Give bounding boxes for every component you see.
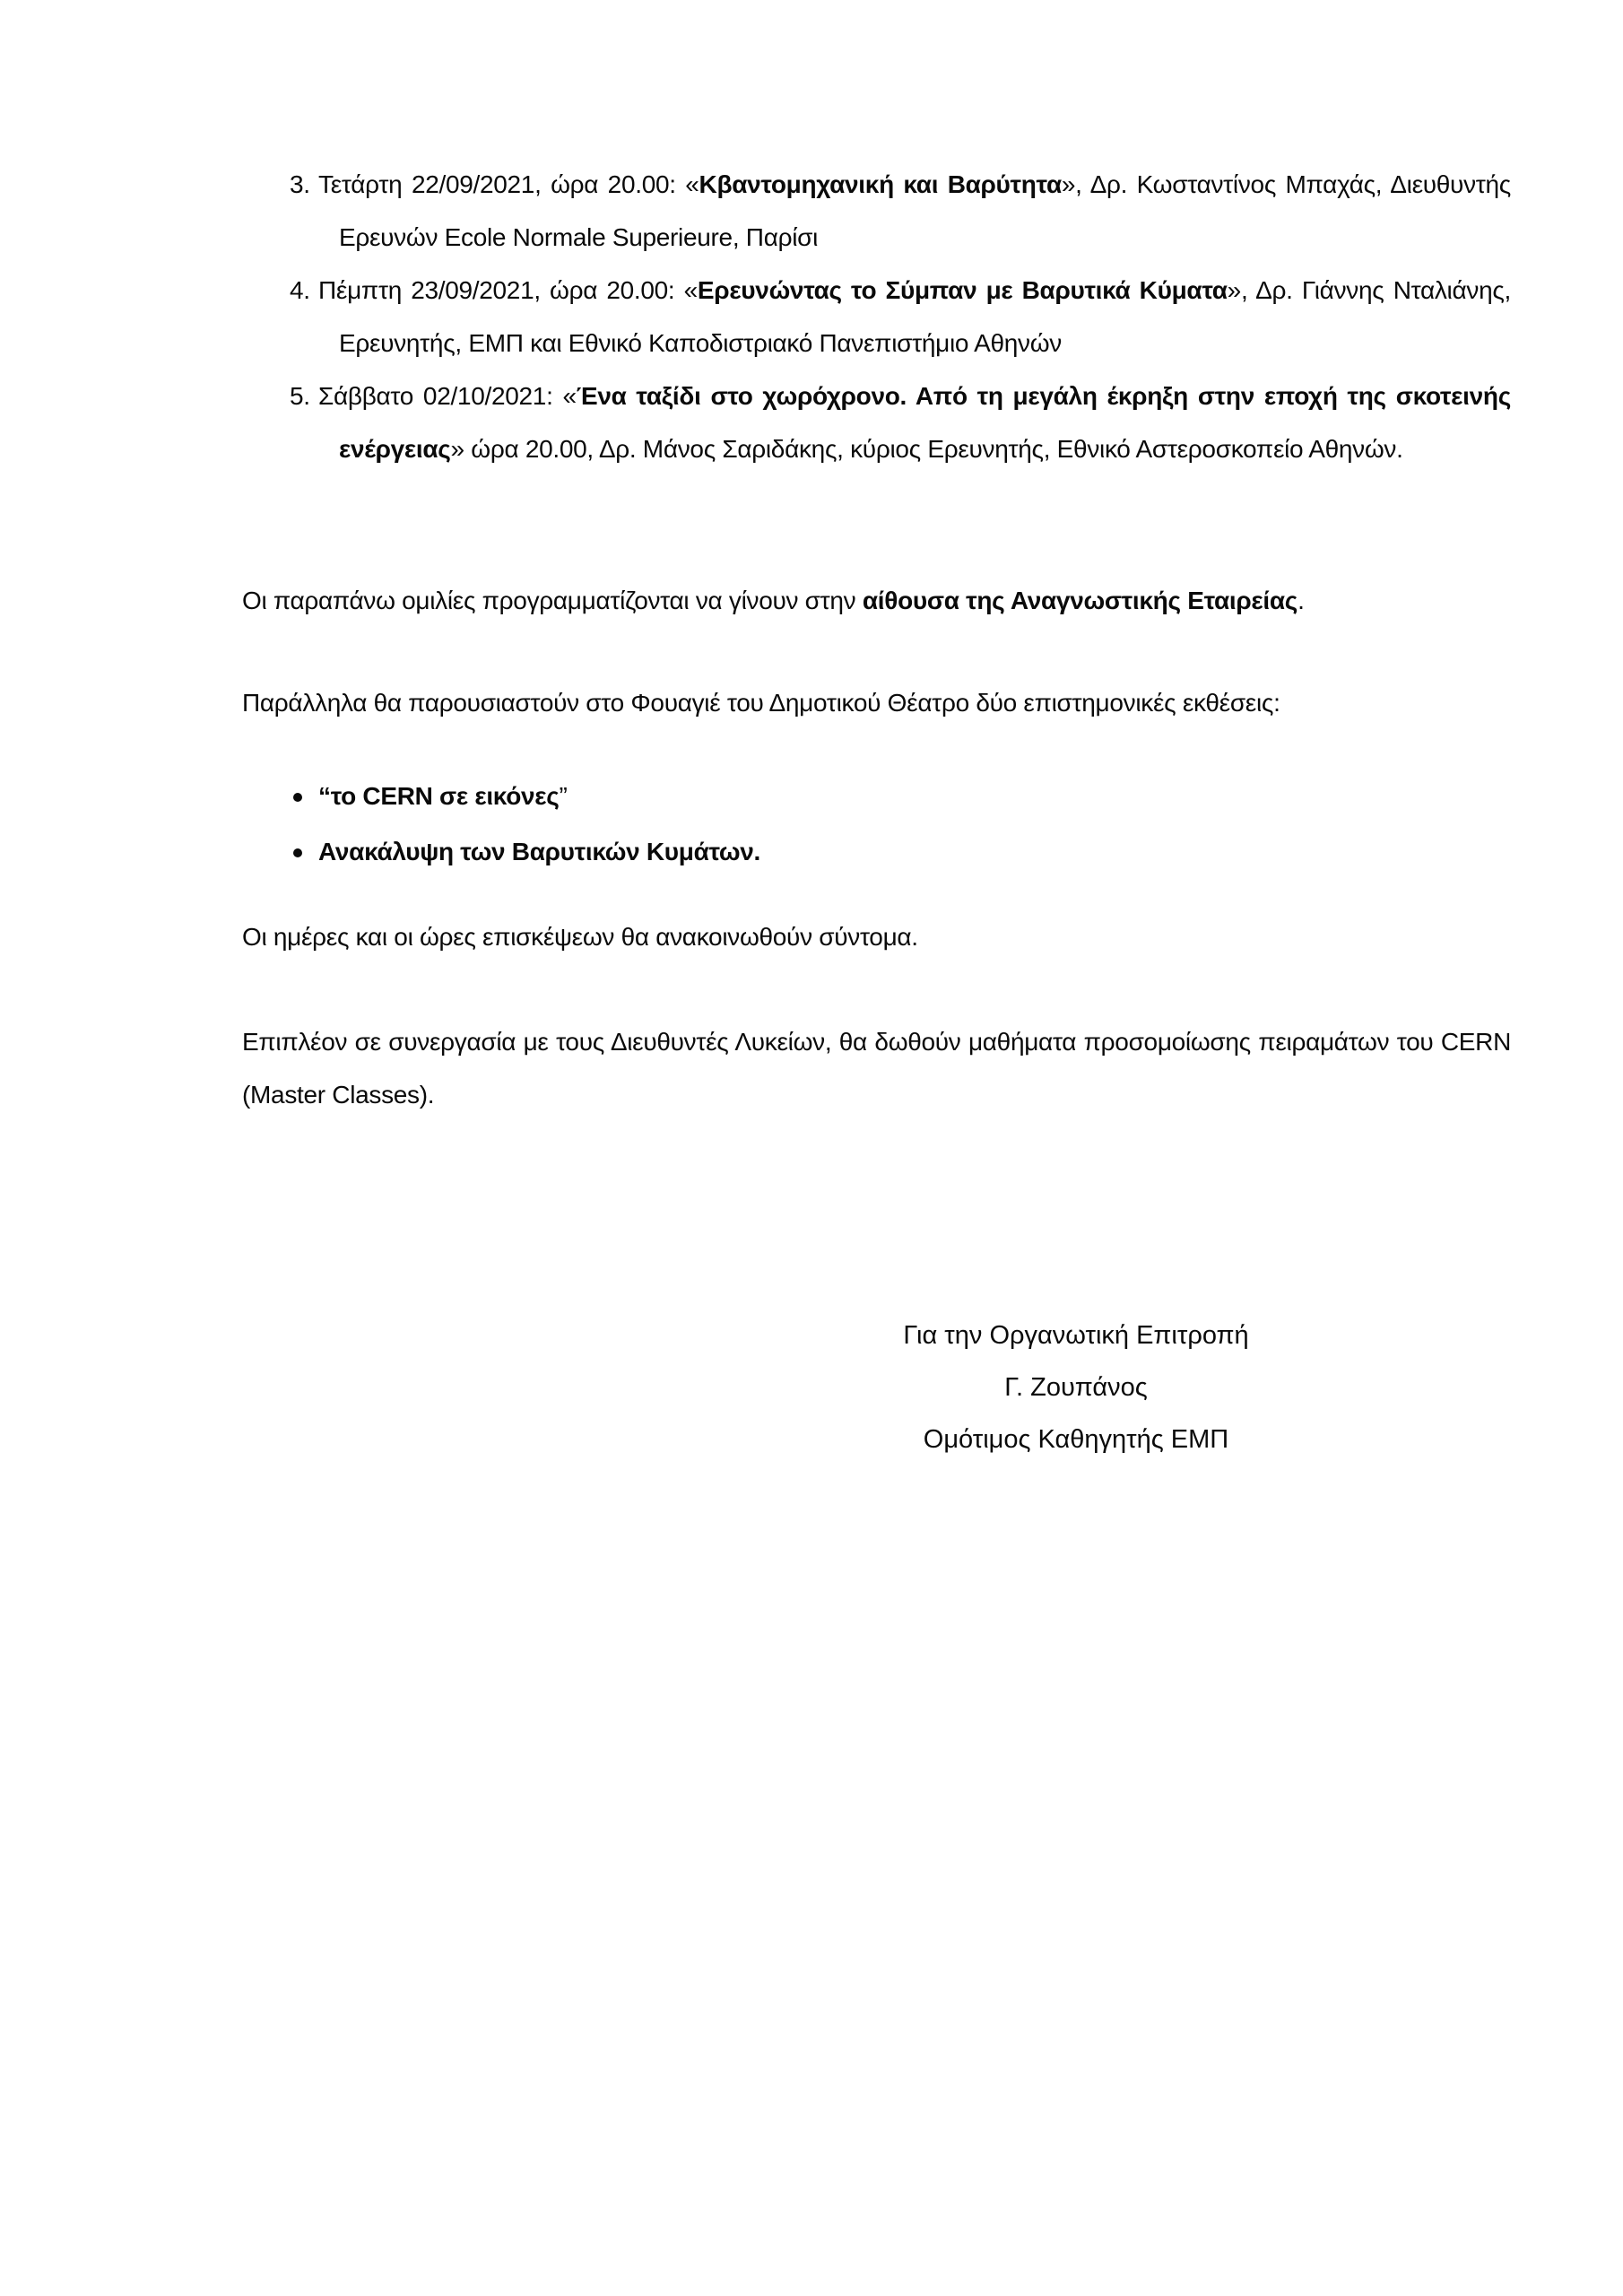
open-quote: “ xyxy=(318,782,331,810)
lecture-item-3: 3. Τετάρτη 22/09/2021, ώρα 20.00: «Κβαντ… xyxy=(242,158,1511,264)
lecture-title: Ερευνώντας το Σύμπαν με Βαρυτικά Κύματα xyxy=(698,276,1228,304)
lecture-speaker: », Δρ. Κωσταντίνος Μπαχάς, xyxy=(1062,170,1382,198)
exhibitions-intro: Παράλληλα θα παρουσιαστούν στο Φουαγιέ τ… xyxy=(242,676,1511,729)
list-number: 5. xyxy=(290,370,310,422)
venue-text: Οι παραπάνω ομιλίες προγραμματίζονται να… xyxy=(242,587,863,614)
lecture-date: Τετάρτη 22/09/2021, ώρα 20.00: « xyxy=(318,170,699,198)
bullet-icon xyxy=(293,793,302,802)
signature-title: Ομότιμος Καθηγητής ΕΜΠ xyxy=(807,1413,1345,1465)
exhibitions-list: “το CERN σε εικόνες” Ανακάλυψη των Βαρυτ… xyxy=(242,769,1511,880)
signature-committee: Για την Οργανωτική Επιτροπή xyxy=(807,1309,1345,1361)
venue-paragraph: Οι παραπάνω ομιλίες προγραμματίζονται να… xyxy=(242,574,1511,627)
lecture-date: Σάββατο 02/10/2021: « xyxy=(318,382,577,410)
bullet-icon xyxy=(293,848,302,857)
lecture-date: Πέμπτη 23/09/2021, ώρα 20.00: « xyxy=(318,276,698,304)
venue-name: αίθουσα της Αναγνωστικής Εταιρείας xyxy=(863,587,1298,614)
master-classes-paragraph: Επιπλέον σε συνεργασία με τους Διευθυντέ… xyxy=(242,1015,1511,1121)
list-number: 3. xyxy=(290,158,310,211)
close-quote: ” xyxy=(560,782,568,810)
signature-block: Για την Οργανωτική Επιτροπή Γ. Ζουπάνος … xyxy=(807,1309,1345,1465)
exhibition-item: Ανακάλυψη των Βαρυτικών Κυμάτων. xyxy=(242,824,1511,880)
document-page: 3. Τετάρτη 22/09/2021, ώρα 20.00: «Κβαντ… xyxy=(0,0,1623,2296)
lecture-speaker: » ώρα 20.00, Δρ. Μάνος Σαριδάκης, κύριος… xyxy=(451,435,1403,463)
lecture-speaker: », Δρ. Γιάννης xyxy=(1228,276,1384,304)
list-number: 4. xyxy=(290,264,310,317)
lecture-item-4: 4. Πέμπτη 23/09/2021, ώρα 20.00: «Ερευνώ… xyxy=(242,264,1511,370)
exhibition-label: Ανακάλυψη των Βαρυτικών Κυμάτων. xyxy=(318,838,760,865)
exhibition-label: το CERN σε εικόνες xyxy=(331,782,560,810)
visits-note: Οι ημέρες και οι ώρες επισκέψεων θα ανακ… xyxy=(242,910,1511,963)
lecture-list: 3. Τετάρτη 22/09/2021, ώρα 20.00: «Κβαντ… xyxy=(242,158,1511,475)
signature-name: Γ. Ζουπάνος xyxy=(807,1361,1345,1413)
venue-end: . xyxy=(1298,587,1304,614)
lecture-title: Κβαντομηχανική και Βαρύτητα xyxy=(699,170,1062,198)
lecture-item-5: 5. Σάββατο 02/10/2021: «Ένα ταξίδι στο χ… xyxy=(242,370,1511,475)
exhibition-item: “το CERN σε εικόνες” xyxy=(242,769,1511,824)
